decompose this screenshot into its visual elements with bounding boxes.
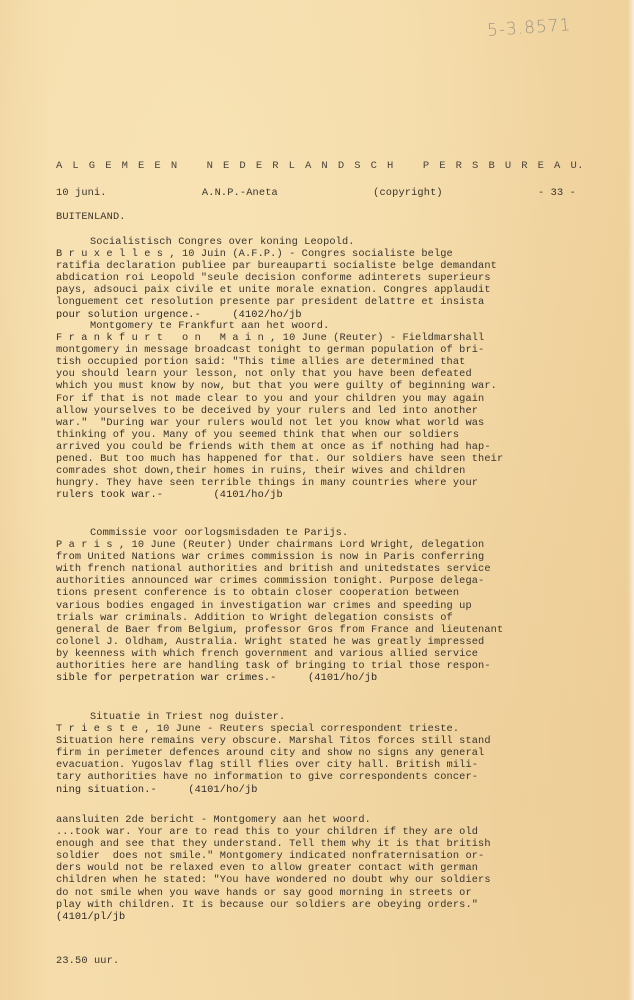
article-line: comrades shot down,their homes in ruins,… bbox=[56, 465, 616, 477]
article-line: which you must know by now, but that you… bbox=[56, 380, 616, 392]
article-line: B r u x e l l e s , 10 Juin (A.F.P.) - C… bbox=[56, 248, 616, 260]
masthead: A L G E M E E N N E D E R L A N D S C H … bbox=[56, 160, 584, 172]
article-line: soldier does not smile." Montgomery indi… bbox=[56, 850, 616, 862]
article-line: authorities here are handling task of br… bbox=[56, 660, 616, 672]
article-line: thinking of you. Many of you seemed thin… bbox=[56, 429, 616, 441]
handwritten-archive-number: 5-3.8571 bbox=[486, 15, 572, 41]
article-line: sible for perpetration war crimes.- (410… bbox=[56, 672, 616, 684]
article-line: tary authorities have no information to … bbox=[56, 771, 616, 783]
article-line: longuement cet resolution presente par p… bbox=[56, 296, 616, 308]
article-line: Situation here remains very obscure. Mar… bbox=[56, 735, 616, 747]
article-title: Socialistisch Congres over koning Leopol… bbox=[56, 236, 616, 248]
article-line: trials war criminals. Addition to Wright… bbox=[56, 612, 616, 624]
article-line: children when he stated: "You have wonde… bbox=[56, 874, 616, 886]
article-title: aansluiten 2de bericht - Montgomery aan … bbox=[56, 814, 616, 826]
article-title: Situatie in Triest nog duister. bbox=[56, 711, 616, 723]
section-heading: BUITENLAND. bbox=[56, 211, 126, 223]
article-line: pays, adsouci paix civile et unite moral… bbox=[56, 284, 616, 296]
article-line: with french national authorities and bri… bbox=[56, 563, 616, 575]
article-line: various bodies engaged in investigation … bbox=[56, 600, 616, 612]
telex-page: 5-3.8571 A L G E M E E N N E D E R L A N… bbox=[0, 0, 634, 1000]
agency: A.N.P.-Aneta bbox=[202, 187, 278, 199]
article-line: ...took war. Your are to read this to yo… bbox=[56, 826, 616, 838]
article-line: war." "During war your rulers would not … bbox=[56, 417, 616, 429]
article-montgomery-continued: aansluiten 2de bericht - Montgomery aan … bbox=[56, 814, 616, 923]
article-line: pour solution urgence.- (4102/ho/jb bbox=[56, 309, 616, 321]
article-line: F r a n k f u r t o n M a i n , 10 June … bbox=[56, 332, 616, 344]
transmission-time: 23.50 uur. bbox=[56, 955, 119, 967]
page-number: - 33 - bbox=[538, 187, 576, 199]
article-line: rulers took war.- (4101/ho/jb bbox=[56, 489, 616, 501]
article-line: abdication roi Leopold "seule decision c… bbox=[56, 272, 616, 284]
article-line: authorities announced war crimes commiss… bbox=[56, 575, 616, 587]
article-line: from United Nations war crimes commissio… bbox=[56, 551, 616, 563]
article-line: do not smile when you wave hands or say … bbox=[56, 887, 616, 899]
dateline: 10 juni. A.N.P.-Aneta (copyright) - 33 - bbox=[56, 187, 576, 199]
article-line: ning situation.- (4101/ho/jb bbox=[56, 784, 616, 796]
article-line: ratifia declaration publiee par bureaupa… bbox=[56, 260, 616, 272]
copyright-label: (copyright) bbox=[373, 187, 443, 199]
article-line: For if that is not made clear to you and… bbox=[56, 393, 616, 405]
article-line: (4101/pl/jb bbox=[56, 911, 616, 923]
article-title: Commissie voor oorlogsmisdaden te Parijs… bbox=[56, 527, 616, 539]
article-socialist-congress: Socialistisch Congres over koning Leopol… bbox=[56, 236, 616, 321]
article-line: arrived you could be friends with them a… bbox=[56, 441, 616, 453]
article-line: firm in perimeter defences around city a… bbox=[56, 747, 616, 759]
article-line: ders would not be relaxed even to allow … bbox=[56, 862, 616, 874]
article-line: tish occupied portion said: "This time a… bbox=[56, 356, 616, 368]
article-line: you should learn your lesson, not only t… bbox=[56, 368, 616, 380]
article-line: general de Baer from Belgium, professor … bbox=[56, 624, 616, 636]
article-line: evacuation. Yugoslav flag still flies ov… bbox=[56, 759, 616, 771]
article-line: hungry. They have seen terrible things i… bbox=[56, 477, 616, 489]
article-line: colonel J. Oldham, Australia. Wright sta… bbox=[56, 636, 616, 648]
article-title: Montgomery te Frankfurt aan het woord. bbox=[56, 320, 616, 332]
article-war-crimes-commission: Commissie voor oorlogsmisdaden te Parijs… bbox=[56, 527, 616, 684]
article-line: allow yourselves to be deceived by your … bbox=[56, 405, 616, 417]
article-line: tions present conference is to obtain cl… bbox=[56, 587, 616, 599]
article-line: enough and see that they understand. Tel… bbox=[56, 838, 616, 850]
date: 10 juni. bbox=[56, 187, 107, 199]
article-line: T r i e s t e , 10 June - Reuters specia… bbox=[56, 723, 616, 735]
article-line: pened. But too much has happened for tha… bbox=[56, 453, 616, 465]
article-line: play with children. It is because our so… bbox=[56, 899, 616, 911]
article-montgomery-frankfurt: Montgomery te Frankfurt aan het woord. F… bbox=[56, 320, 616, 501]
article-line: by keenness with which french government… bbox=[56, 648, 616, 660]
article-line: P a r i s , 10 June (Reuter) Under chair… bbox=[56, 539, 616, 551]
article-trieste-situation: Situatie in Triest nog duister. T r i e … bbox=[56, 711, 616, 796]
article-line: montgomery in message broadcast tonight … bbox=[56, 344, 616, 356]
